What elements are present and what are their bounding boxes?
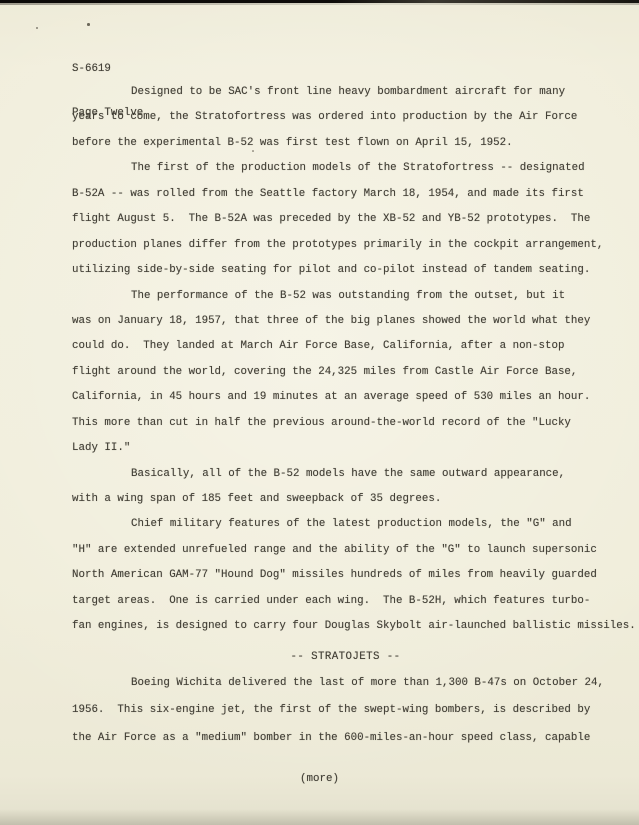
body-line: Basically, all of the B-52 models have t… — [72, 462, 639, 487]
paper-speck — [87, 23, 90, 26]
section-heading-stratojets: -- STRATOJETS -- — [72, 644, 639, 670]
body-line: California, in 45 hours and 19 minutes a… — [72, 385, 639, 410]
body-line: B-52A -- was rolled from the Seattle fac… — [72, 182, 639, 207]
scanned-document-page: S-6619 Page Twelve Designed to be SAC's … — [0, 0, 639, 825]
body-line: The first of the production models of th… — [72, 156, 639, 181]
body-line: North American GAM-77 "Hound Dog" missil… — [72, 563, 639, 588]
body-line: fan engines, is designed to carry four D… — [72, 614, 639, 639]
body-line: years to come, the Stratofortress was or… — [72, 105, 639, 130]
body-line: The performance of the B-52 was outstand… — [72, 284, 639, 309]
body-line: Designed to be SAC's front line heavy bo… — [72, 80, 639, 105]
body-line: "H" are extended unrefueled range and th… — [72, 538, 639, 563]
paper-speck — [36, 27, 38, 29]
body-line: was on January 18, 1957, that three of t… — [72, 309, 639, 334]
document-body: Designed to be SAC's front line heavy bo… — [72, 80, 639, 752]
scan-top-edge-shadow — [0, 3, 639, 5]
body-line: 1956. This six-engine jet, the first of … — [72, 697, 639, 725]
body-line: target areas. One is carried under each … — [72, 589, 639, 614]
body-line: utilizing side-by-side seating for pilot… — [72, 258, 639, 283]
body-line: the Air Force as a "medium" bomber in th… — [72, 725, 639, 753]
body-line: Lady II." — [72, 436, 639, 461]
body-line: production planes differ from the protot… — [72, 233, 639, 258]
body-line: Boeing Wichita delivered the last of mor… — [72, 670, 639, 698]
body-line: could do. They landed at March Air Force… — [72, 334, 639, 359]
body-line: Chief military features of the latest pr… — [72, 512, 639, 537]
body-line: flight around the world, covering the 24… — [72, 360, 639, 385]
body-line: flight August 5. The B-52A was preceded … — [72, 207, 639, 232]
body-line: before the experimental B-52 was first t… — [72, 131, 639, 156]
scan-bottom-shadow — [0, 809, 639, 825]
document-number: S-6619 — [72, 62, 143, 77]
continuation-marker: (more) — [0, 772, 639, 787]
body-line: This more than cut in half the previous … — [72, 411, 639, 436]
body-line: with a wing span of 185 feet and sweepba… — [72, 487, 639, 512]
